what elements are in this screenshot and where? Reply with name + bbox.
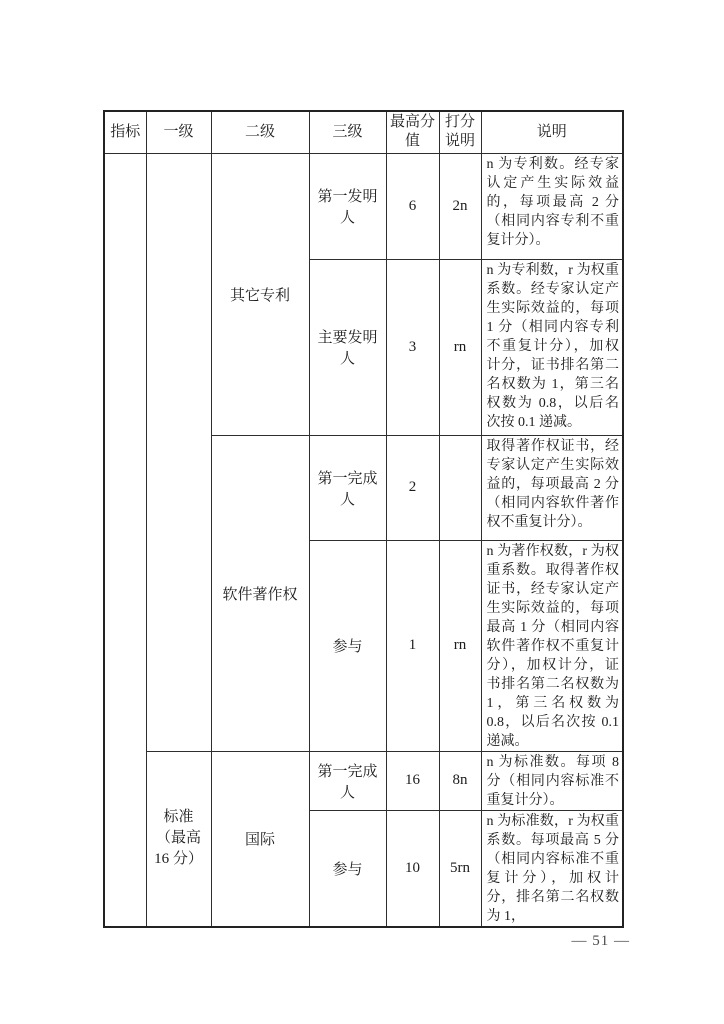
max-score-cell: 2 [386,435,439,540]
header-row: 指标 一级 二级 三级 最高分值 打分说明 说明 [104,111,623,153]
scoring-cell: 2n [439,153,481,259]
col-header-level2: 二级 [211,111,309,153]
scoring-cell: rn [439,259,481,435]
level3-cell: 第一完成人 [309,751,386,810]
table-row: 其它专利 第一发明人 6 2n n 为专利数。经专家认定产生实际效益的，每项最高… [104,153,623,259]
indicator-cell-blank [104,153,146,927]
level2-cell-international: 国际 [211,751,309,927]
col-header-level3: 三级 [309,111,386,153]
col-header-max-score: 最高分值 [386,111,439,153]
scoring-cell: rn [439,540,481,751]
level3-cell: 第一发明人 [309,153,386,259]
col-header-indicator: 指标 [104,111,146,153]
level3-cell: 参与 [309,540,386,751]
description-cell: n 为标准数。每项 8 分（相同内容标准不重复计分）。 [481,751,623,810]
col-header-description: 说明 [481,111,623,153]
col-header-scoring: 打分说明 [439,111,481,153]
max-score-cell: 3 [386,259,439,435]
table-row: 标准（最高 16 分） 国际 第一完成人 16 8n n 为标准数。每项 8 分… [104,751,623,810]
level3-cell: 参与 [309,810,386,927]
description-cell: 取得著作权证书，经专家认定产生实际效益的，每项最高 2 分（相同内容软件著作权不… [481,435,623,540]
level1-cell-standard: 标准（最高 16 分） [146,751,211,927]
scoring-cell [439,435,481,540]
scoring-cell: 5rn [439,810,481,927]
max-score-cell: 10 [386,810,439,927]
level1-cell-blank [146,153,211,751]
level3-cell: 第一完成人 [309,435,386,540]
level2-cell-other-patent: 其它专利 [211,153,309,435]
max-score-cell: 16 [386,751,439,810]
max-score-cell: 6 [386,153,439,259]
level2-cell-software-copyright: 软件著作权 [211,435,309,751]
level3-cell: 主要发明人 [309,259,386,435]
scoring-criteria-table: 指标 一级 二级 三级 最高分值 打分说明 说明 其它专利 第一发明人 6 2n… [103,110,624,928]
page-number: — 51 — [572,933,631,950]
max-score-cell: 1 [386,540,439,751]
description-cell: n 为专利数。经专家认定产生实际效益的，每项最高 2 分（相同内容专利不重复计分… [481,153,623,259]
description-cell: n 为专利数，r 为权重系数。经专家认定产生实际效益的，每项 1 分（相同内容专… [481,259,623,435]
document-page: 指标 一级 二级 三级 最高分值 打分说明 说明 其它专利 第一发明人 6 2n… [0,0,724,1024]
description-cell: n 为标准数，r 为权重系数。每项最高 5 分（相同内容标准不重复计分），加权计… [481,810,623,927]
scoring-cell: 8n [439,751,481,810]
description-cell: n 为著作权数，r 为权重系数。取得著作权证书，经专家认定产生实际效益的，每项最… [481,540,623,751]
col-header-level1: 一级 [146,111,211,153]
